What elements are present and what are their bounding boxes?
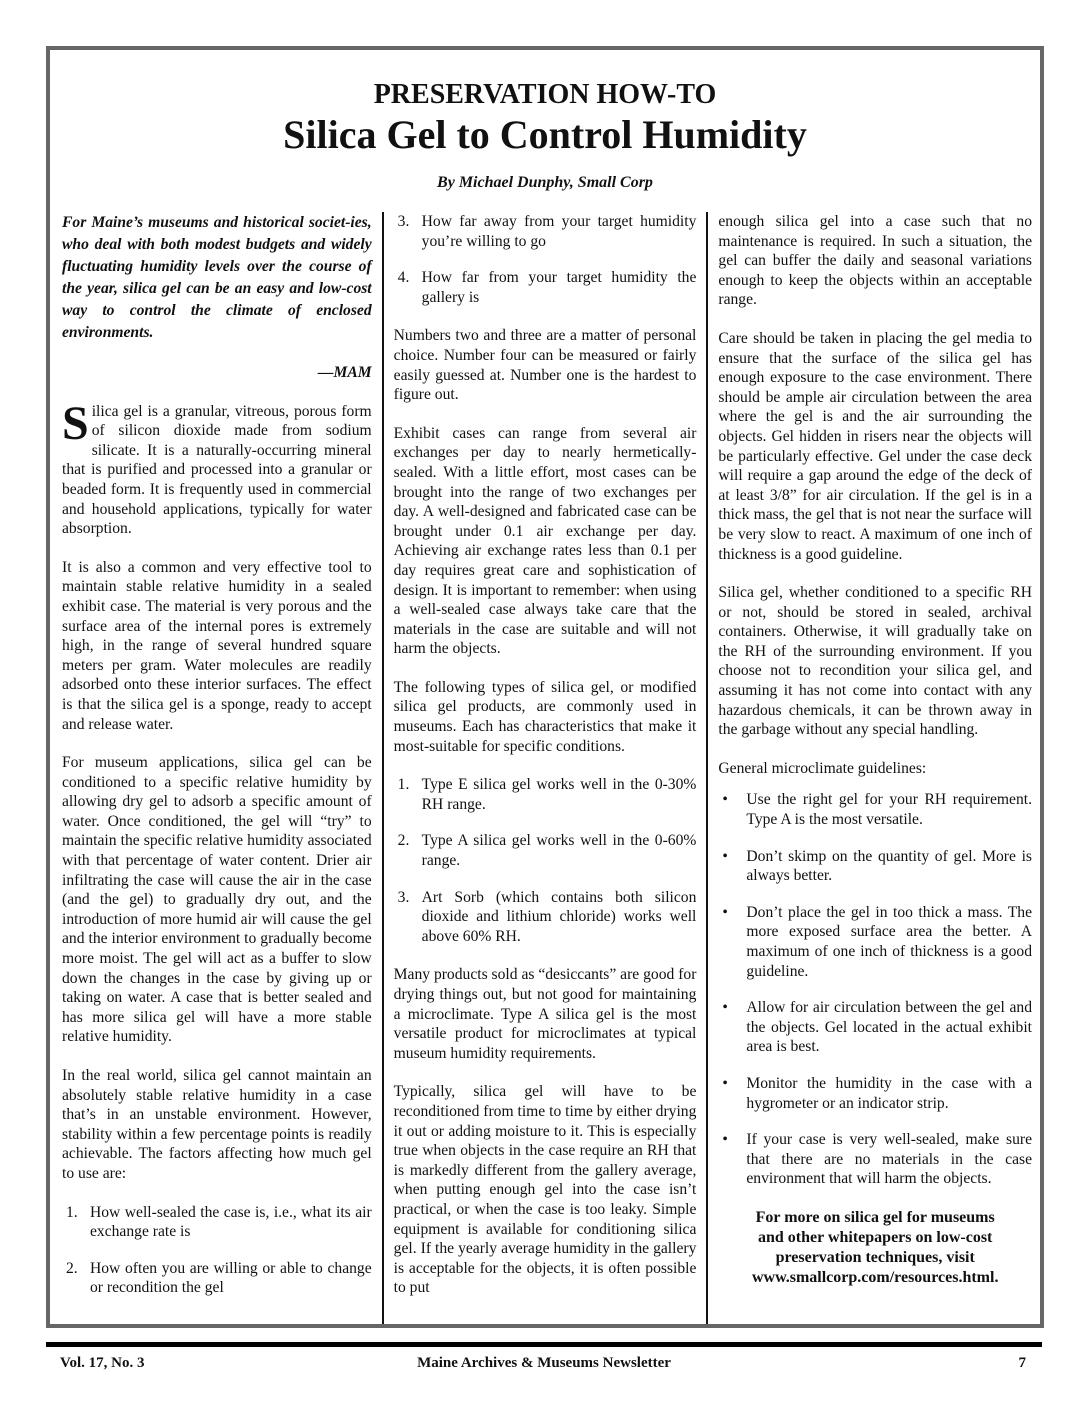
list-number: 4. — [398, 268, 410, 288]
list-item: •Monitor the humidity in the case with a… — [718, 1074, 1032, 1113]
list-number: 1. — [66, 1203, 78, 1223]
paragraph: Exhibit cases can range from several air… — [394, 424, 697, 659]
list-item-text: Use the right gel for your RH requiremen… — [746, 791, 1032, 828]
list-item: •Don’t skimp on the quantity of gel. Mor… — [718, 847, 1032, 886]
bullet-icon: • — [722, 1074, 727, 1094]
article-frame: PRESERVATION HOW-TO Silica Gel to Contro… — [46, 46, 1044, 1328]
drop-cap: S — [62, 406, 89, 442]
bullet-icon: • — [722, 903, 727, 923]
list-item-text: How far away from your target humidity y… — [422, 213, 697, 250]
list-number: 3. — [398, 888, 410, 908]
article-title: Silica Gel to Control Humidity — [50, 112, 1040, 158]
paragraph: Numbers two and three are a matter of pe… — [394, 326, 697, 404]
list-item-text: How far from your target humidity the ga… — [422, 269, 697, 306]
list-number: 1. — [398, 775, 410, 795]
article-header: PRESERVATION HOW-TO Silica Gel to Contro… — [50, 80, 1040, 192]
section-kicker: PRESERVATION HOW-TO — [50, 80, 1040, 110]
list-item-text: Monitor the humidity in the case with a … — [746, 1075, 1032, 1112]
list-item: 3.How far away from your target humidity… — [394, 212, 697, 251]
call-to-action: For more on silica gel for museums and o… — [718, 1208, 1032, 1288]
bullet-icon: • — [722, 998, 727, 1018]
paragraph: Silica gel is a granular, vitreous, poro… — [62, 402, 372, 539]
list-item: •Allow for air circulation between the g… — [718, 998, 1032, 1057]
article-columns: For Maine’s museums and historical socie… — [62, 212, 1032, 1324]
intro-signature: —MAM — [62, 363, 372, 383]
paragraph: Many products sold as “desiccants” are g… — [394, 965, 697, 1063]
page-number: 7 — [1019, 1355, 1027, 1372]
list-item-text: Art Sorb (which contains both silicon di… — [422, 889, 697, 945]
list-item-text: If your case is very well-sealed, make s… — [746, 1131, 1032, 1187]
paragraph: Typically, silica gel will have to be re… — [394, 1082, 697, 1298]
paragraph: Care should be taken in placing the gel … — [718, 329, 1032, 564]
list-number: 2. — [66, 1259, 78, 1279]
list-item: 4.How far from your target humidity the … — [394, 268, 697, 307]
intro-blurb: For Maine’s museums and historical socie… — [62, 212, 372, 344]
bullet-icon: • — [722, 847, 727, 867]
list-item-text: How often you are willing or able to cha… — [90, 1260, 372, 1297]
guidelines-heading: General microclimate guidelines: — [718, 759, 1032, 779]
column-2: 3.How far away from your target humidity… — [382, 212, 709, 1324]
list-item-text: Type E silica gel works well in the 0-30… — [422, 776, 697, 813]
paragraph: For museum applications, silica gel can … — [62, 753, 372, 1047]
gel-types-list: 1.Type E silica gel works well in the 0-… — [394, 775, 697, 946]
column-3: enough silica gel into a case such that … — [708, 212, 1032, 1324]
paragraph: The following types of silica gel, or mo… — [394, 678, 697, 756]
resources-link[interactable]: www.smallcorp.com/resources.html. — [718, 1268, 1032, 1288]
bullet-icon: • — [722, 1130, 727, 1150]
list-item: •Use the right gel for your RH requireme… — [718, 790, 1032, 829]
paragraph: In the real world, silica gel cannot mai… — [62, 1066, 372, 1184]
factors-list: 1.How well-sealed the case is, i.e., wha… — [62, 1203, 372, 1298]
page-footer: Vol. 17, No. 3 Maine Archives & Museums … — [46, 1355, 1042, 1377]
footer-rule — [46, 1342, 1042, 1347]
cta-line: For more on silica gel for museums — [718, 1208, 1032, 1228]
publication-name: Maine Archives & Museums Newsletter — [46, 1355, 1042, 1372]
list-item: 3.Art Sorb (which contains both silicon … — [394, 888, 697, 947]
paragraph: It is also a common and very effective t… — [62, 558, 372, 734]
cta-line: and other whitepapers on low-cost — [718, 1228, 1032, 1248]
list-number: 2. — [398, 831, 410, 851]
factors-list-continued: 3.How far away from your target humidity… — [394, 212, 697, 307]
list-item: 2.How often you are willing or able to c… — [62, 1259, 372, 1298]
bullet-icon: • — [722, 790, 727, 810]
list-item-text: Allow for air circulation between the ge… — [746, 999, 1032, 1055]
list-item-text: Don’t place the gel in too thick a mass.… — [746, 904, 1032, 980]
byline: By Michael Dunphy, Small Corp — [50, 174, 1040, 192]
column-1: For Maine’s museums and historical socie… — [62, 212, 382, 1324]
list-number: 3. — [398, 212, 410, 232]
list-item: •Don’t place the gel in too thick a mass… — [718, 903, 1032, 981]
list-item: 1.How well-sealed the case is, i.e., wha… — [62, 1203, 372, 1242]
cta-line: preservation techniques, visit — [718, 1248, 1032, 1268]
paragraph-text: ilica gel is a granular, vitreous, porou… — [62, 403, 372, 538]
paragraph: enough silica gel into a case such that … — [718, 212, 1032, 310]
list-item-text: Type A silica gel works well in the 0-60… — [422, 832, 697, 869]
list-item-text: Don’t skimp on the quantity of gel. More… — [746, 848, 1032, 885]
list-item: •If your case is very well-sealed, make … — [718, 1130, 1032, 1189]
list-item-text: How well-sealed the case is, i.e., what … — [90, 1204, 372, 1241]
list-item: 1.Type E silica gel works well in the 0-… — [394, 775, 697, 814]
paragraph: Silica gel, whether conditioned to a spe… — [718, 583, 1032, 740]
list-item: 2.Type A silica gel works well in the 0-… — [394, 831, 697, 870]
guidelines-list: •Use the right gel for your RH requireme… — [718, 790, 1032, 1189]
